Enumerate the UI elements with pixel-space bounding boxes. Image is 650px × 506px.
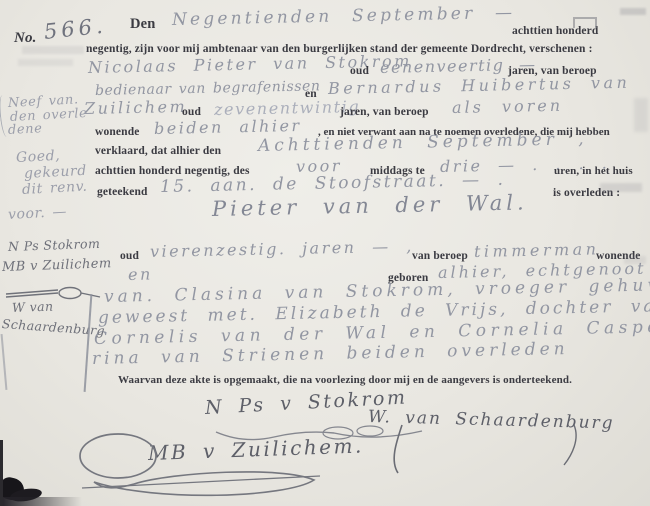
handwritten-deceased-occupation: timmerman bbox=[474, 239, 600, 261]
printed-verklaard: verklaard, dat alhier den bbox=[95, 145, 221, 157]
printed-den: Den bbox=[130, 16, 155, 33]
death-certificate-scan: No. 566. Den Negentienden September — ac… bbox=[0, 0, 650, 506]
handwritten-registration-date: Negentienden September — bbox=[172, 3, 516, 30]
pen-stroke-vertical bbox=[84, 294, 93, 392]
margin-note-approval-line3: dit renv. bbox=[22, 179, 88, 198]
printed-jaren-beroep-2: jaren, van beroep bbox=[340, 106, 429, 118]
act-number-value: 566. bbox=[43, 14, 108, 44]
signature-flourish-large bbox=[76, 426, 326, 500]
margin-note-relation-line3: dene bbox=[8, 121, 43, 138]
margin-signature-schaardenburg-line1: W van bbox=[12, 299, 54, 315]
bleed-through-bar-3 bbox=[600, 183, 642, 192]
signature-descender-stroke bbox=[388, 425, 588, 477]
bleed-through-bar-6 bbox=[18, 59, 73, 66]
printed-oud-2: oud bbox=[182, 106, 201, 118]
pen-stroke-edge bbox=[1, 334, 7, 390]
margin-signature-zuilichem: MB v Zuilichem bbox=[2, 256, 112, 275]
handwritten-death-date: Achttienden September , bbox=[258, 129, 588, 156]
printed-closing-line: Waarvan deze akte is opgemaakt, die na v… bbox=[118, 374, 572, 386]
handwritten-declarant2-occupation: als voren bbox=[452, 96, 563, 117]
printed-oud-1: oud bbox=[350, 65, 369, 77]
act-number-label: No. bbox=[14, 30, 37, 47]
printed-van-beroep: van beroep bbox=[412, 250, 468, 262]
margin-signature-stokrom: N Ps Stokrom bbox=[8, 236, 101, 254]
handwritten-declarant2-name-part2: Zuilichem bbox=[84, 97, 188, 118]
bleed-through-bar-2 bbox=[634, 98, 648, 132]
printed-uren-huis: uren, in het huis bbox=[554, 165, 633, 177]
bleed-through-bar-1 bbox=[620, 8, 646, 15]
bleed-through-bar-5 bbox=[22, 46, 84, 54]
handwritten-deceased-age: vierenzestig. jaren — , bbox=[150, 236, 414, 261]
printed-geteekend: geteekend bbox=[97, 186, 148, 198]
handwritten-declarant2-name-part1: Bernardus Huibertus van bbox=[328, 73, 631, 98]
handwritten-deceased-name: Pieter van der Wal. bbox=[212, 190, 528, 221]
bleed-through-bar-4 bbox=[624, 256, 646, 264]
margin-note-approval-line1: Goed, bbox=[16, 148, 61, 166]
printed-oud-3: oud bbox=[120, 250, 139, 262]
bleed-through-mark-top-right bbox=[573, 17, 597, 28]
margin-note-approval-line4: voor. — bbox=[8, 204, 68, 223]
scan-edge-shadow-left bbox=[0, 440, 3, 506]
scan-edge-shadow-bottom bbox=[0, 497, 82, 506]
handwritten-declarant1-occupation: bedienaar van begrafenissen bbox=[95, 78, 321, 99]
handwritten-en-2: en bbox=[128, 264, 153, 284]
printed-wonende-1: wonende bbox=[95, 126, 140, 138]
